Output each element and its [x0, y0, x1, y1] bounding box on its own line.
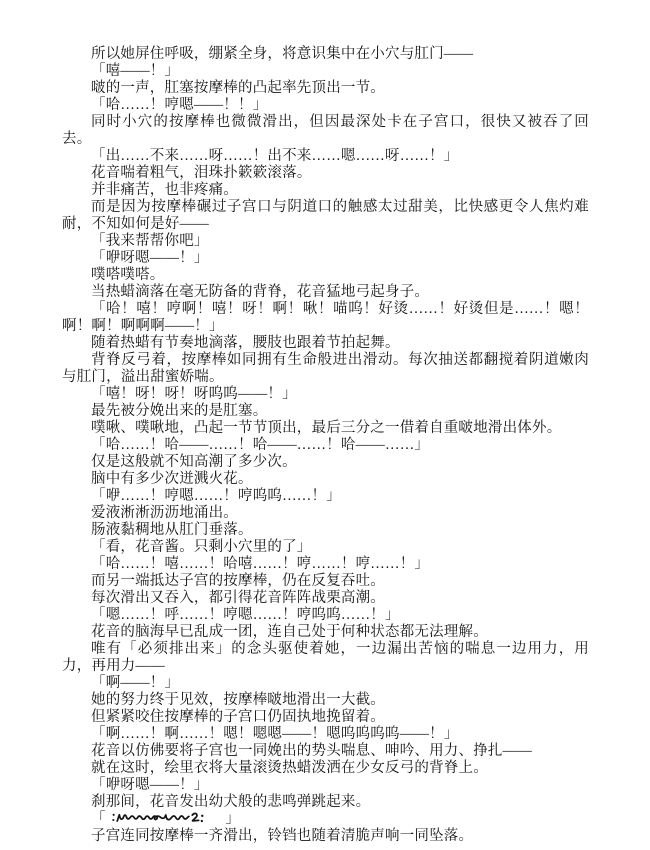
paragraph: 唯有「必须排出来」的念头驱使着她，一边漏出苦恼的喘息一边用力，用力，再用力——	[62, 641, 589, 675]
paragraph: 「哈！嘻！哼啊！嘻！呀！啊！啾！喵呜！好烫……！好烫但是……！嗯！啊！啊！啊啊啊…	[62, 301, 589, 335]
paragraph: 「咿呀嗯——！」	[62, 250, 589, 267]
paragraph: 肠液黏稠地从肛门垂落。	[62, 522, 589, 539]
paragraph: 花音以仿佛要将子宫也一同娩出的势头喘息、呻吟、用力、挣扎——	[62, 743, 589, 760]
handwritten-scream-scribble	[111, 811, 221, 825]
paragraph: 但紧紧咬住按摩棒的子宫口仍固执地挽留着。	[62, 709, 589, 726]
paragraph: 最先被分娩出来的是肛塞。	[62, 403, 589, 420]
paragraph: 「啊——！」	[62, 675, 589, 692]
paragraph: 而是因为按摩棒碾过子宫口与阴道口的触感太过甜美，比快感更令人焦灼难耐，不知如何是…	[62, 199, 589, 233]
text-body: 所以她屏住呼吸，绷紧全身，将意识集中在小穴与肛门——「嘻——！」啵的一声，肛塞按…	[62, 46, 589, 845]
paragraph: 所以她屏住呼吸，绷紧全身，将意识集中在小穴与肛门——	[62, 46, 589, 63]
paragraph: 脑中有多少次迸溅火花。	[62, 471, 589, 488]
paragraph: 同时小穴的按摩棒也微微滑出，但因最深处卡在子宫口，很快又被吞了回去。	[62, 114, 589, 148]
scream-scribble-line: 「 」	[62, 811, 589, 828]
paragraph: 「哈……！哼嗯——！！」	[62, 97, 589, 114]
document-page: 所以她屏住呼吸，绷紧全身，将意识集中在小穴与肛门——「嘻——！」啵的一声，肛塞按…	[0, 0, 650, 850]
paragraph: 「咿……！哼嗯……！哼呜呜……！」	[62, 488, 589, 505]
paragraph: 随着热蜡有节奏地滴落，腰肢也跟着节拍起舞。	[62, 335, 589, 352]
quote-close-bracket: 」	[225, 811, 240, 827]
paragraph: 「哈……！嘻……！哈嘻……！哼……！哼……！」	[62, 556, 589, 573]
paragraph: 啵的一声，肛塞按摩棒的凸起率先顶出一节。	[62, 80, 589, 97]
paragraph: 子宫连同按摩棒一齐滑出，铃铛也随着清脆声响一同坠落。	[62, 828, 589, 845]
paragraph: 花音喘着粗气，泪珠扑簌簌滚落。	[62, 165, 589, 182]
paragraph: 每次滑出又吞入，都引得花音阵阵战栗高潮。	[62, 590, 589, 607]
paragraph: 就在这时，绘里衣将大量滚烫热蜡泼洒在少女反弓的背脊上。	[62, 760, 589, 777]
paragraph: 「出……不来……呀……！出不来……嗯……呀……！」	[62, 148, 589, 165]
paragraph: 而另一端抵达子宫的按摩棒，仍在反复吞吐。	[62, 573, 589, 590]
paragraph: 噗啾、噗啾地，凸起一节节顶出，最后三分之一借着自重啵地滑出体外。	[62, 420, 589, 437]
paragraph: 当热蜡滴落在毫无防备的背脊，花音猛地弓起身子。	[62, 284, 589, 301]
paragraph: 「看，花音酱。只剩小穴里的了」	[62, 539, 589, 556]
paragraph: 仅是这般就不知高潮了多少次。	[62, 454, 589, 471]
quote-open-bracket: 「	[91, 811, 106, 827]
paragraph: 爱液淅淅沥沥地涌出。	[62, 505, 589, 522]
paragraph: 「啊……！啊……！嗯！嗯嗯——！嗯呜呜呜呜——！」	[62, 726, 589, 743]
paragraph: 并非痛苦，也非疼痛。	[62, 182, 589, 199]
paragraph: 噗嗒噗嗒。	[62, 267, 589, 284]
paragraph: 「咿呀嗯——！」	[62, 777, 589, 794]
paragraph: 刹那间，花音发出幼犬般的悲鸣弹跳起来。	[62, 794, 589, 811]
paragraph: 背脊反弓着，按摩棒如同拥有生命般进出滑动。每次抽送都翻搅着阴道嫩肉与肛门，溢出甜…	[62, 352, 589, 386]
paragraph: 「嘻！呀！呀！呀呜呜——！」	[62, 386, 589, 403]
paragraph: 「嗯……！呼……！哼嗯……！哼呜呜……！」	[62, 607, 589, 624]
paragraph: 「嘻——！」	[62, 63, 589, 80]
paragraph: 「我来帮帮你吧」	[62, 233, 589, 250]
paragraph: 她的努力终于见效，按摩棒啵地滑出一大截。	[62, 692, 589, 709]
paragraph: 花音的脑海早已乱成一团，连自己处于何种状态都无法理解。	[62, 624, 589, 641]
paragraph: 「哈……！哈——……！哈——……！哈——……」	[62, 437, 589, 454]
